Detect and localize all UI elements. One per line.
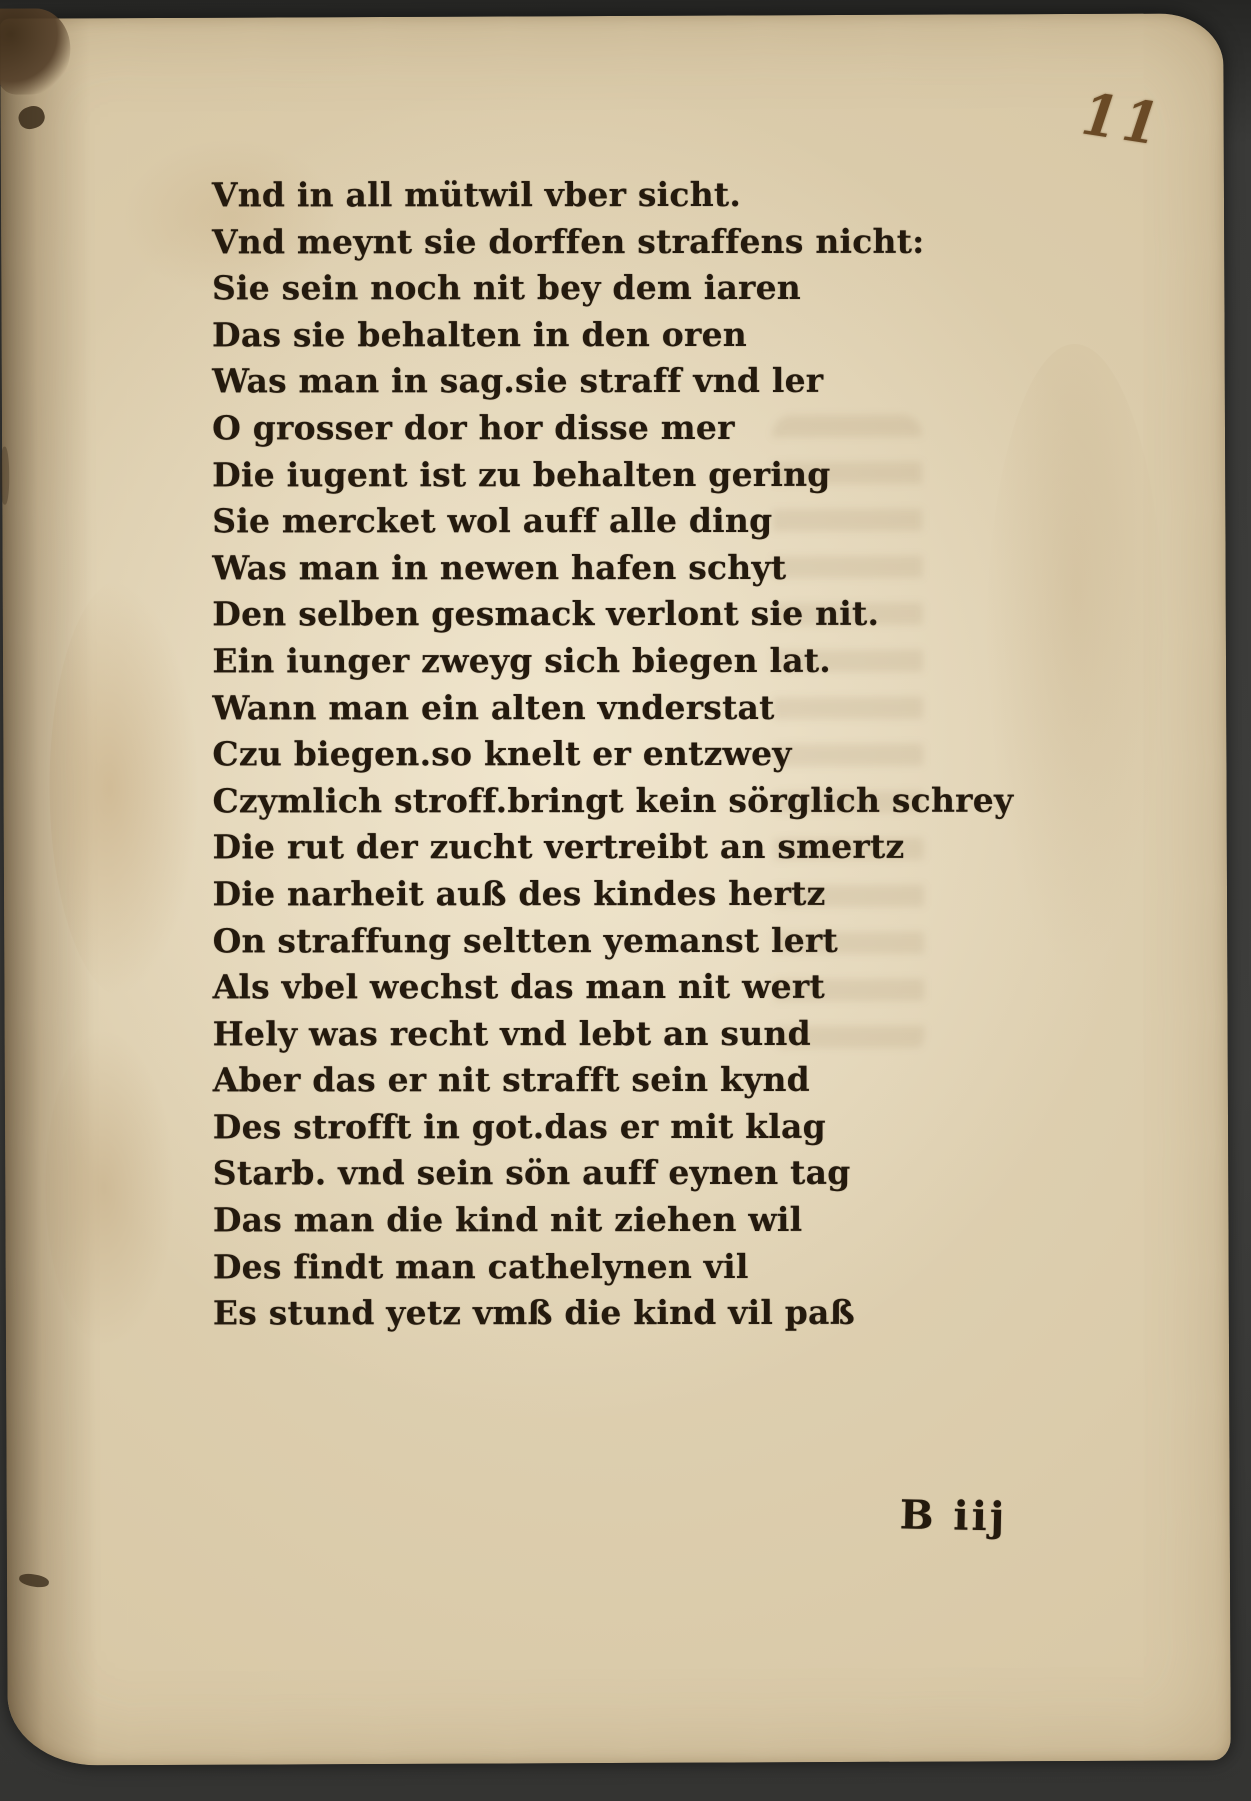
verse-line: Sie sein noch nit bey dem iaren xyxy=(212,265,972,312)
verse-line: Als vbel wechst das man nit wert xyxy=(213,964,973,1011)
verse-line: Wann man ein alten vnderstat xyxy=(212,684,972,731)
scan-background: 11 Vnd in all mütwil vber sicht. Vnd mey… xyxy=(0,0,1251,1801)
verse-line: Was man in newen hafen schyt xyxy=(212,545,972,592)
verse-line: Sie mercket wol auff alle ding xyxy=(212,498,972,545)
decorative-stain xyxy=(985,344,1168,965)
verse-line: Czu biegen.so knelt er entzwey xyxy=(212,731,972,778)
verse-line: Czymlich stroff.bringt kein sörglich sch… xyxy=(212,777,972,824)
verse-line: Die narheit auß des kindes hertz xyxy=(213,871,973,918)
verse-line: Das sie behalten in den oren xyxy=(212,312,972,359)
verse-line: Des findt man cathelynen vil xyxy=(213,1243,973,1290)
verse-line: Die rut der zucht vertreibt an smertz xyxy=(212,824,972,871)
verse-line: Starb. vnd sein sön auff eynen tag xyxy=(213,1150,973,1197)
verse-line: Vnd in all mütwil vber sicht. xyxy=(212,172,972,219)
verse-line: Das man die kind nit ziehen wil xyxy=(213,1197,973,1244)
verse-line: Aber das er nit strafft sein kynd xyxy=(213,1057,973,1104)
verse-line: Vnd meynt sie dorffen straffens nicht: xyxy=(212,218,972,265)
verse-text-block: Vnd in all mütwil vber sicht. Vnd meynt … xyxy=(212,172,973,1338)
spine-shadow xyxy=(0,18,98,1765)
edge-mark xyxy=(0,447,9,505)
verse-line: Den selben gesmack verlont sie nit. xyxy=(212,591,972,638)
verse-line: On straffung seltten yemanst lert xyxy=(213,917,973,964)
book-page: 11 Vnd in all mütwil vber sicht. Vnd mey… xyxy=(0,13,1231,1765)
verse-line: Was man in sag.sie straff vnd ler xyxy=(212,358,972,405)
verse-line: Es stund yetz vmß die kind vil paß xyxy=(213,1290,973,1337)
verse-line: O grosser dor hor disse mer xyxy=(212,405,972,452)
signature-mark: B iij xyxy=(899,1491,1008,1540)
verse-line: Die iugent ist zu behalten gering xyxy=(212,451,972,498)
verse-line: Ein iunger zweyg sich biegen lat. xyxy=(212,638,972,685)
verse-line: Des strofft in got.das er mit klag xyxy=(213,1104,973,1151)
folio-number: 11 xyxy=(1078,80,1169,159)
verse-line: Hely was recht vnd lebt an sund xyxy=(213,1010,973,1057)
